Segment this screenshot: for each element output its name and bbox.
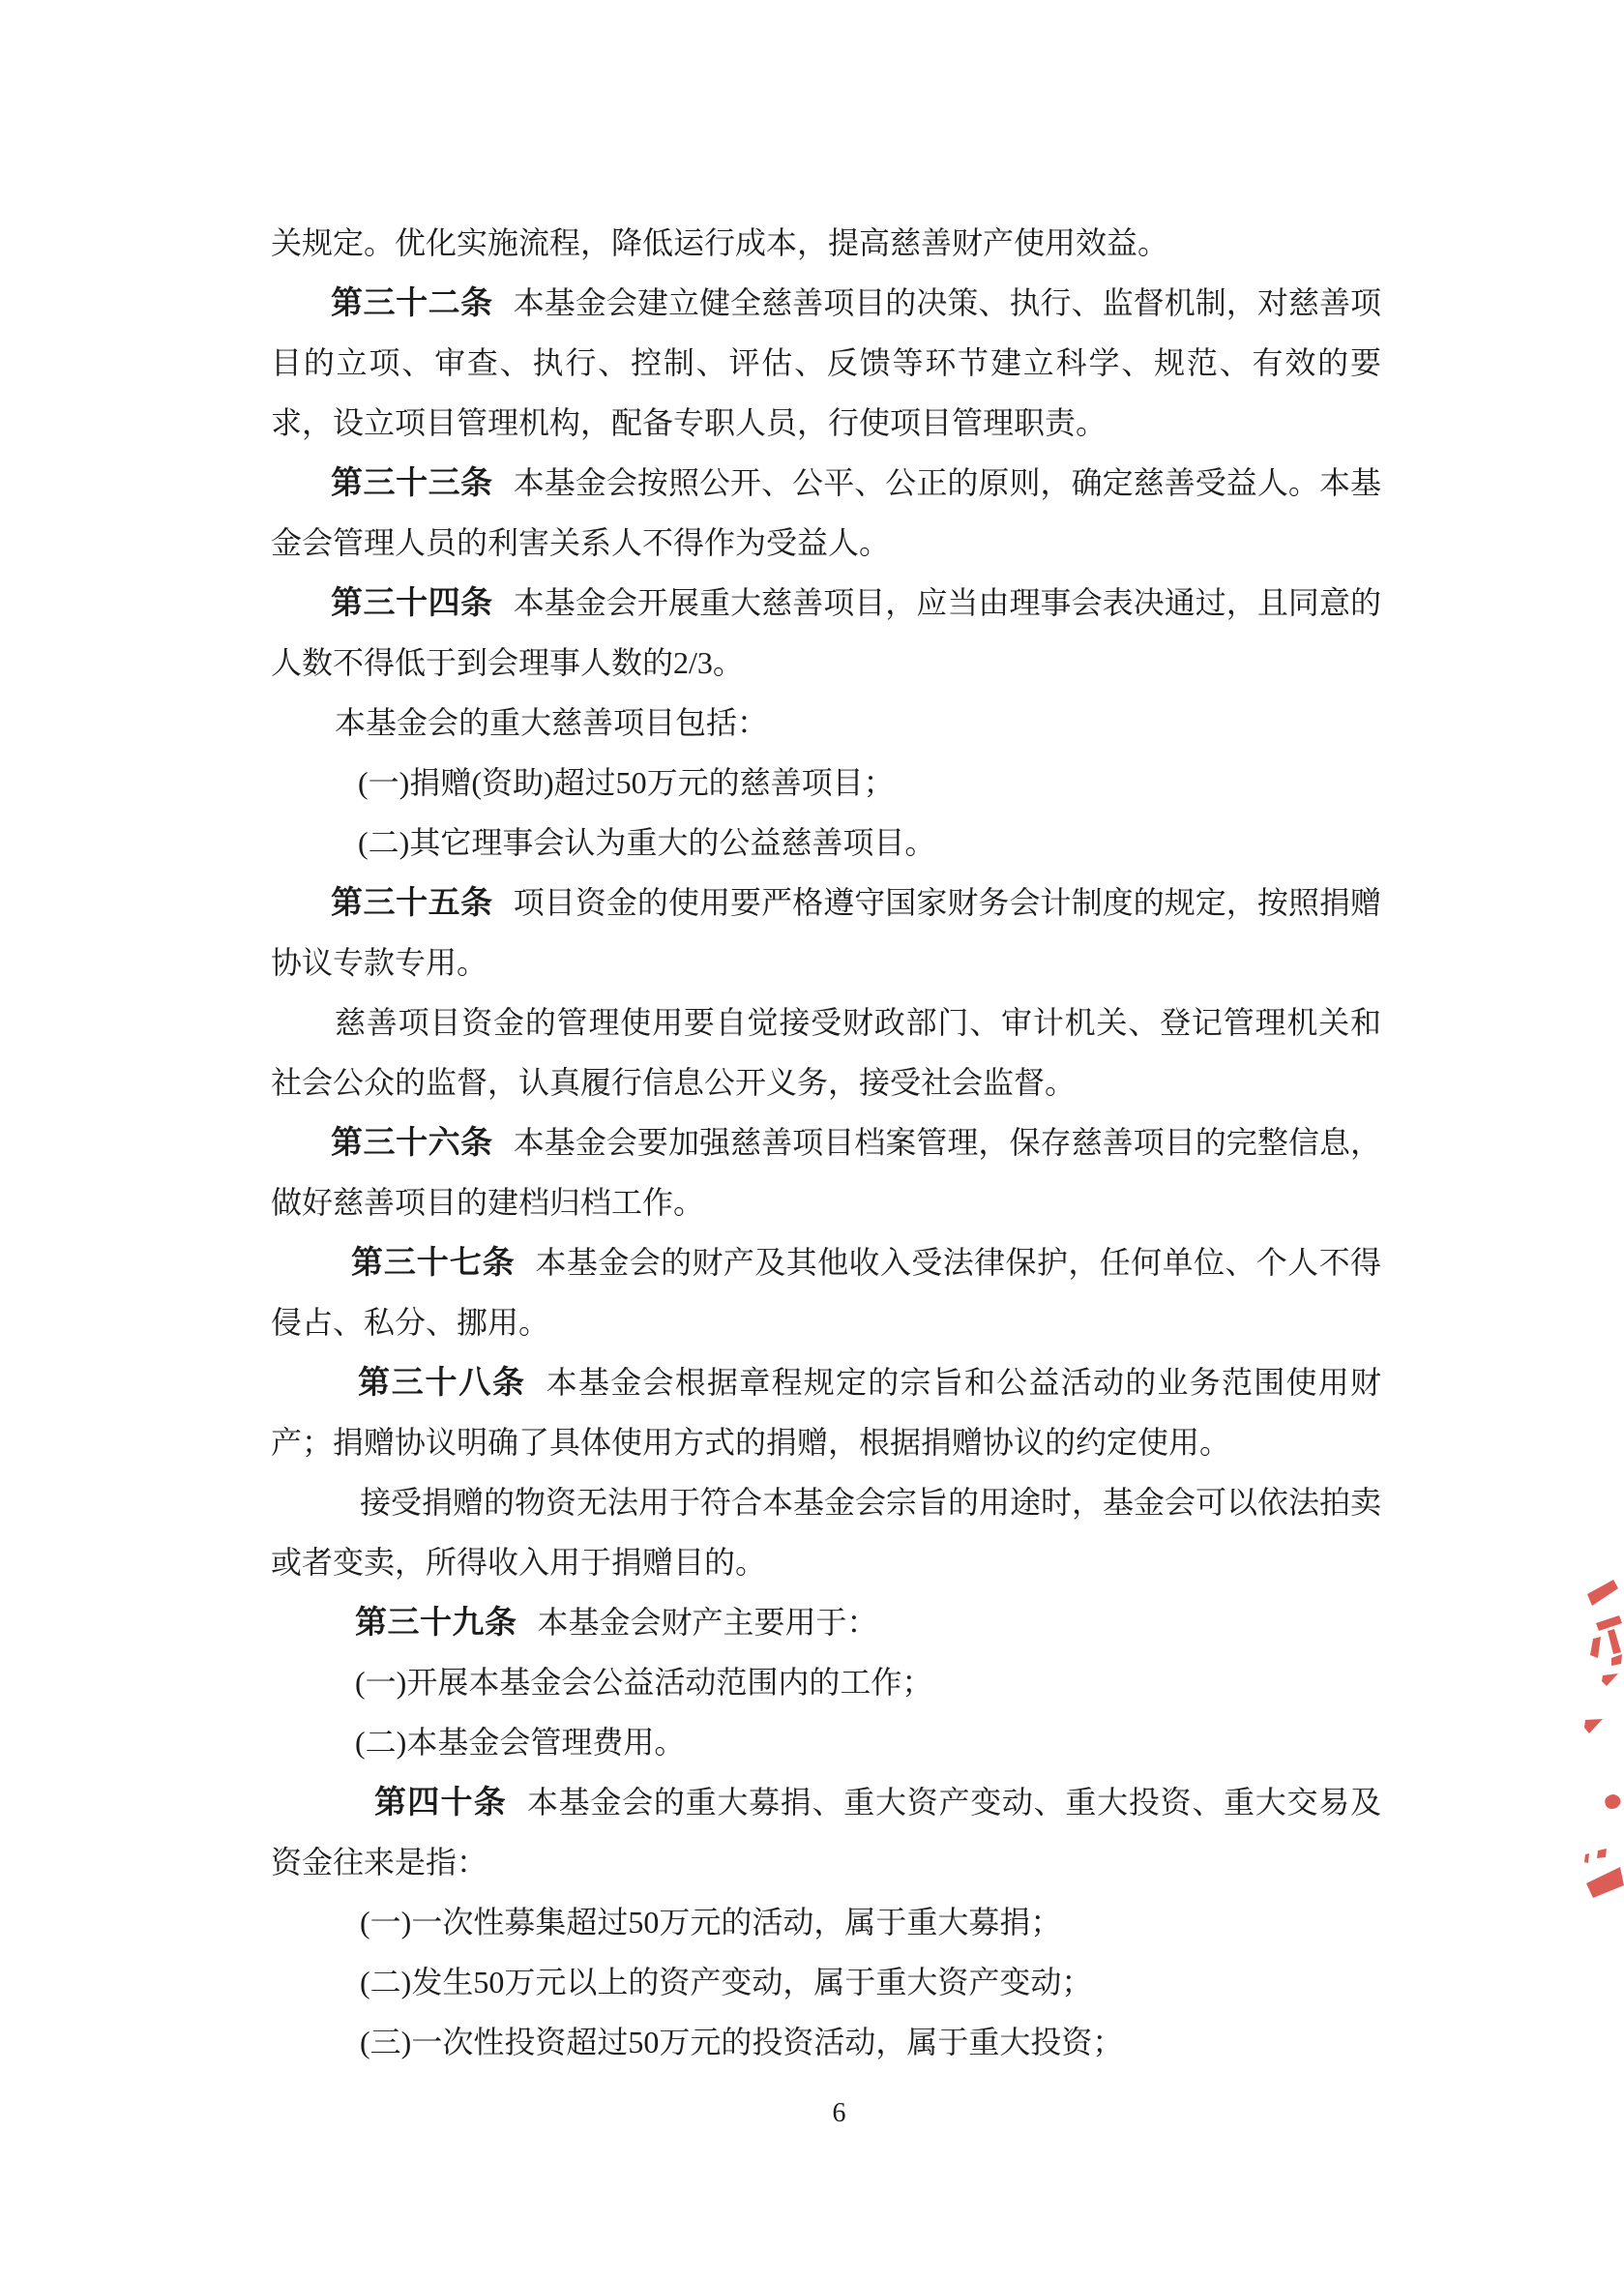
body-paragraph: 本基金会的重大慈善项目包括： (271, 693, 1381, 753)
body-paragraph: (二)其它理事会认为重大的公益慈善项目。 (271, 813, 1381, 873)
page-number: 6 (833, 2097, 846, 2130)
article-number: 第三十九条 (355, 1604, 517, 1640)
body-paragraph: (二)本基金会管理费用。 (271, 1712, 1381, 1772)
paragraph-text: 接受捐赠的物资无法用于符合本基金会宗旨的用途时，基金会可以依法拍卖或者变卖，所得… (271, 1485, 1381, 1580)
body-paragraph: (一)捐赠(资助)超过50万元的慈善项目； (271, 753, 1381, 813)
paragraph-text: (二)发生50万元以上的资产变动，属于重大资产变动； (360, 1965, 1092, 1999)
body-paragraph: (一)一次性募集超过50万元的活动，属于重大募捐； (271, 1892, 1381, 1952)
article-paragraph: 第三十四条本基金会开展重大慈善项目，应当由理事会表决通过，且同意的人数不得低于到… (271, 573, 1381, 693)
article-paragraph: 第三十八条本基金会根据章程规定的宗旨和公益活动的业务范围使用财产；捐赠协议明确了… (271, 1352, 1381, 1472)
paragraph-text: (一)捐赠(资助)超过50万元的慈善项目； (358, 765, 895, 800)
document-page: { "page": { "background_color": "#ffffff… (0, 0, 1624, 2280)
paragraph-text: (一)一次性募集超过50万元的活动，属于重大募捐； (360, 1905, 1061, 1939)
article-number: 第三十七条 (351, 1244, 516, 1280)
paragraph-text: (三)一次性投资超过50万元的投资活动，属于重大投资； (360, 2025, 1123, 2059)
body-paragraph: (二)发生50万元以上的资产变动，属于重大资产变动； (271, 1952, 1381, 2012)
document-body: 关规定。优化实施流程，降低运行成本，提高慈善财产使用效益。第三十二条本基金会建立… (271, 213, 1381, 2072)
article-paragraph: 第三十六条本基金会要加强慈善项目档案管理，保存慈善项目的完整信息，做好慈善项目的… (271, 1112, 1381, 1232)
red-seal-stamp-fragment (1577, 1567, 1624, 1906)
article-number: 第三十二条 (331, 284, 493, 320)
article-number: 第三十六条 (331, 1124, 493, 1160)
article-number: 第三十三条 (331, 464, 493, 500)
paragraph-text: 本基金会的重大慈善项目包括： (335, 705, 768, 740)
body-paragraph: 慈善项目资金的管理使用要自觉接受财政部门、审计机关、登记管理机关和社会公众的监督… (271, 992, 1381, 1112)
article-paragraph: 第三十五条项目资金的使用要严格遵守国家财务会计制度的规定，按照捐赠协议专款专用。 (271, 873, 1381, 992)
article-paragraph: 第三十三条本基金会按照公开、公平、公正的原则，确定慈善受益人。本基金会管理人员的… (271, 453, 1381, 573)
paragraph-text: (二)本基金会管理费用。 (355, 1725, 685, 1760)
body-paragraph: (一)开展本基金会公益活动范围内的工作； (271, 1652, 1381, 1712)
article-number: 第三十四条 (331, 584, 493, 620)
paragraph-text: (二)其它理事会认为重大的公益慈善项目。 (358, 825, 935, 860)
article-number: 第四十条 (374, 1784, 507, 1820)
article-number: 第三十八条 (358, 1364, 526, 1400)
paragraph-text: (一)开展本基金会公益活动范围内的工作； (355, 1665, 932, 1700)
page-footer: 6 (0, 2097, 1624, 2130)
paragraph-text: 本基金会财产主要用于： (538, 1605, 878, 1640)
article-paragraph: 第三十七条本基金会的财产及其他收入受法律保护，任何单位、个人不得侵占、私分、挪用… (271, 1232, 1381, 1352)
body-paragraph: 关规定。优化实施流程，降低运行成本，提高慈善财产使用效益。 (271, 213, 1381, 273)
article-number: 第三十五条 (331, 884, 493, 920)
body-paragraph: (三)一次性投资超过50万元的投资活动，属于重大投资； (271, 2012, 1381, 2072)
paragraph-text: 关规定。优化实施流程，降低运行成本，提高慈善财产使用效益。 (271, 225, 1168, 260)
article-paragraph: 第三十九条本基金会财产主要用于： (271, 1592, 1381, 1652)
article-paragraph: 第三十二条本基金会建立健全慈善项目的决策、执行、监督机制，对慈善项目的立项、审查… (271, 273, 1381, 453)
paragraph-text: 慈善项目资金的管理使用要自觉接受财政部门、审计机关、登记管理机关和社会公众的监督… (271, 1005, 1381, 1100)
body-paragraph: 接受捐赠的物资无法用于符合本基金会宗旨的用途时，基金会可以依法拍卖或者变卖，所得… (271, 1472, 1381, 1592)
article-paragraph: 第四十条本基金会的重大募捐、重大资产变动、重大投资、重大交易及资金往来是指： (271, 1772, 1381, 1892)
